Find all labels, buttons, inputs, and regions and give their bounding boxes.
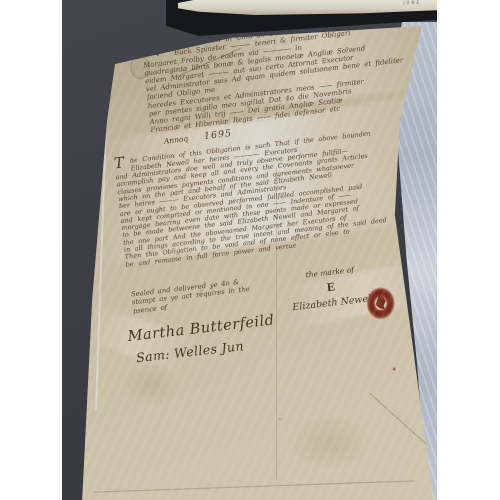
red-wax-seal	[365, 286, 396, 321]
condition-paragraph: T he Condition of this Obligation is suc…	[114, 125, 430, 268]
manuscript-text: N overint universi per psentes me Elizab…	[94, 4, 437, 410]
photograph: JUNE N overint universi per psentes me E…	[62, 0, 437, 500]
year-1695: 1695	[203, 128, 232, 142]
top-paper-printed-text: JUNE	[403, 1, 421, 5]
signature-area: Sealed and delivered ye 4o & stampt as y…	[123, 255, 437, 410]
white-margin-left	[0, 0, 62, 500]
anno-label: Annoq	[163, 134, 188, 146]
signature-martha-butterfeild: Martha Butterfeild	[127, 312, 275, 345]
witness-clause: Sealed and delivered ye 4o & stampt as y…	[131, 277, 251, 315]
manuscript-document: N overint universi per psentes me Elizab…	[80, 24, 437, 500]
auction-photo: JUNE N overint universi per psentes me E…	[0, 0, 500, 500]
white-margin-right	[437, 0, 500, 500]
sleeve-edge-highlight	[95, 67, 109, 410]
paper-crease	[94, 480, 415, 492]
